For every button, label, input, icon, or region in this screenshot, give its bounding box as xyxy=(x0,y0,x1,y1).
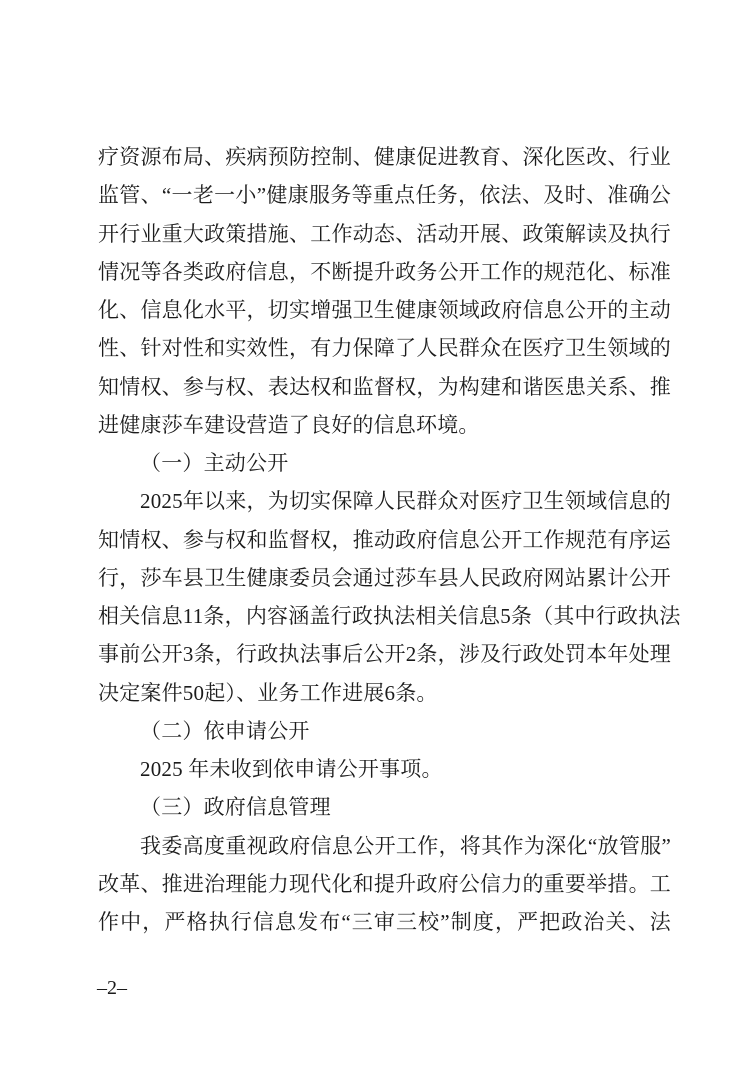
text-line: 行，莎车县卫生健康委员会通过莎车县人民政府网站累计公开 xyxy=(98,559,671,597)
text-line: 知情权、参与权、表达权和监督权，为构建和谐医患关系、推 xyxy=(98,368,671,406)
text-line: 我委高度重视政府信息公开工作，将其作为深化“放管服” xyxy=(98,827,671,865)
text-line: 化、信息化水平，切实增强卫生健康领域政府信息公开的主动 xyxy=(98,291,671,329)
text-line: 监管、“一老一小”健康服务等重点任务，依法、及时、准确公 xyxy=(98,176,671,214)
text-line: 决定案件50起）、业务工作进展6条。 xyxy=(98,674,671,712)
text-line: 疗资源布局、疾病预防控制、健康促进教育、深化医改、行业 xyxy=(98,138,671,176)
text-line: 性、针对性和实效性，有力保障了人民群众在医疗卫生领域的 xyxy=(98,329,671,367)
text-line: 情况等各类政府信息，不断提升政务公开工作的规范化、标准 xyxy=(98,253,671,291)
document-body: 疗资源布局、疾病预防控制、健康促进教育、深化医改、行业 监管、“一老一小”健康服… xyxy=(98,138,671,941)
page-number: –2– xyxy=(97,976,127,1000)
section-heading-2: （二）依申请公开 xyxy=(98,712,671,750)
section-heading-1: （一）主动公开 xyxy=(98,444,671,482)
text-line: 进健康莎车建设营造了良好的信息环境。 xyxy=(98,406,671,444)
document-page: 疗资源布局、疾病预防控制、健康促进教育、深化医改、行业 监管、“一老一小”健康服… xyxy=(0,0,753,1066)
text-line: 2025 年未收到依申请公开事项。 xyxy=(98,750,671,788)
text-line: 作中，严格执行信息发布“三审三校”制度，严把政治关、法 xyxy=(98,903,671,941)
text-line: 知情权、参与权和监督权，推动政府信息公开工作规范有序运 xyxy=(98,521,671,559)
text-line: 开行业重大政策措施、工作动态、活动开展、政策解读及执行 xyxy=(98,215,671,253)
text-line: 相关信息11条，内容涵盖行政执法相关信息5条（其中行政执法 xyxy=(98,597,671,635)
text-line: 2025年以来，为切实保障人民群众对医疗卫生领域信息的 xyxy=(98,482,671,520)
text-line: 改革、推进治理能力现代化和提升政府公信力的重要举措。工 xyxy=(98,865,671,903)
section-heading-3: （三）政府信息管理 xyxy=(98,788,671,826)
text-line: 事前公开3条，行政执法事后公开2条，涉及行政处罚本年处理 xyxy=(98,635,671,673)
